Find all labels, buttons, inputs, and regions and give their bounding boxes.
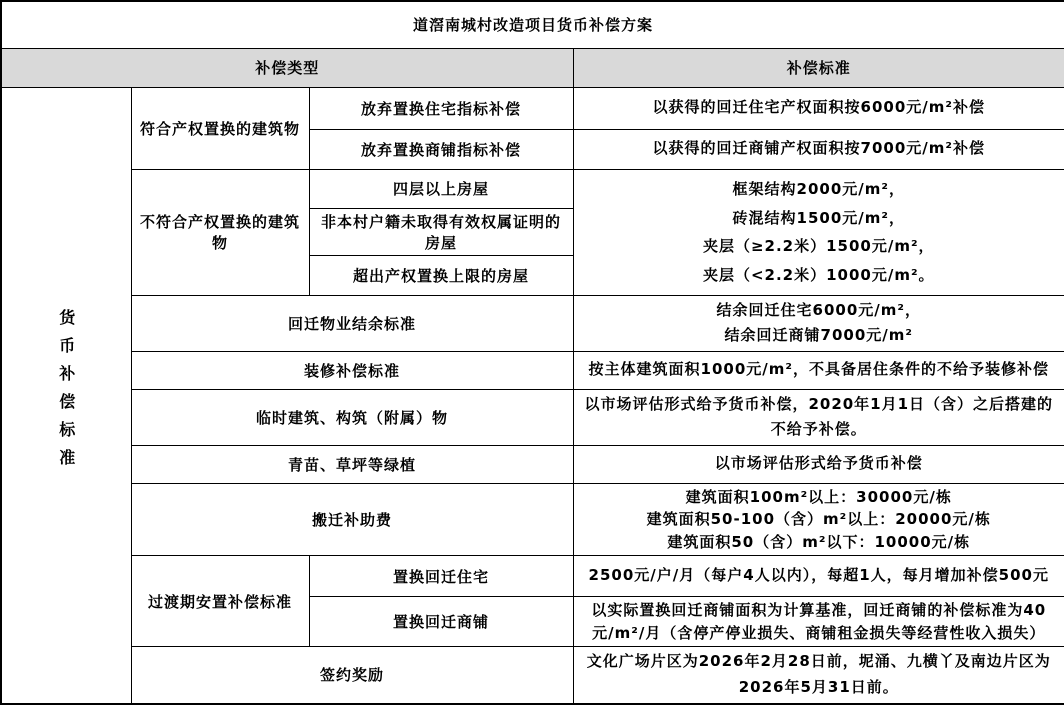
type-cell-plants: 青苗、草坪等绿植 (131, 445, 573, 483)
category-vertical-label: 货币补偿标准 (55, 309, 78, 477)
column-header-type: 补偿类型 (1, 48, 573, 87)
type-cell-above-four-floors: 四层以上房屋 (309, 169, 573, 208)
standard-cell-ineligible: 框架结构2000元/m²， 砖混结构1500元/m²， 夹层（≥2.2米）150… (573, 169, 1064, 295)
type-cell-non-village-household: 非本村户籍未取得有效权属证明的房屋 (309, 208, 573, 255)
type-cell-temporary-structures: 临时建筑、构筑（附属）物 (131, 389, 573, 445)
standard-cell-signing-reward: 文化广场片区为2026年2月28日前，坭涌、九横丫及南边片区为2026年5月31… (573, 647, 1064, 704)
standard-cell-swap-shop: 以实际置换回迁商铺面积为计算基准，回迁商铺的补偿标准为40元/m²/月（含停产停… (573, 597, 1064, 647)
standard-cell-moving-subsidy: 建筑面积100m²以上：30000元/栋 建筑面积50-100（含）m²以上：2… (573, 483, 1064, 556)
category-cell: 货币补偿标准 (1, 87, 131, 704)
group-label-ineligible: 不符合产权置换的建筑物 (131, 169, 309, 295)
type-cell-swap-residential: 置换回迁住宅 (309, 556, 573, 597)
standard-cell-plants: 以市场评估形式给予货币补偿 (573, 445, 1064, 483)
group-label-eligible: 符合产权置换的建筑物 (131, 87, 309, 169)
standard-cell-swap-residential: 2500元/户/月（每户4人以内），每超1人，每月增加补偿500元 (573, 556, 1064, 597)
column-header-standard: 补偿标准 (573, 48, 1064, 87)
standard-cell-temporary-structures: 以市场评估形式给予货币补偿，2020年1月1日（含）之后搭建的不给予补偿。 (573, 389, 1064, 445)
standard-cell-property-balance: 结余回迁住宅6000元/m²， 结余回迁商铺7000元/m² (573, 295, 1064, 351)
group-label-transition: 过渡期安置补偿标准 (131, 556, 309, 647)
standard-cell-abandon-shop: 以获得的回迁商铺产权面积按7000元/m²补偿 (573, 129, 1064, 169)
type-cell-property-balance: 回迁物业结余标准 (131, 295, 573, 351)
type-cell-abandon-residential: 放弃置换住宅指标补偿 (309, 87, 573, 129)
standard-cell-decoration: 按主体建筑面积1000元/m²，不具备居住条件的不给予装修补偿 (573, 351, 1064, 389)
table-title: 道滘南城村改造项目货币补偿方案 (1, 1, 1064, 48)
type-cell-swap-shop: 置换回迁商铺 (309, 597, 573, 647)
type-cell-abandon-shop: 放弃置换商铺指标补偿 (309, 129, 573, 169)
compensation-table: 道滘南城村改造项目货币补偿方案 补偿类型 补偿标准 货币补偿标准 符合产权置换的… (0, 0, 1064, 705)
type-cell-exceed-limit: 超出产权置换上限的房屋 (309, 255, 573, 295)
type-cell-decoration: 装修补偿标准 (131, 351, 573, 389)
type-cell-signing-reward: 签约奖励 (131, 647, 573, 704)
standard-cell-abandon-residential: 以获得的回迁住宅产权面积按6000元/m²补偿 (573, 87, 1064, 129)
type-cell-moving-subsidy: 搬迁补助费 (131, 483, 573, 556)
document-page: 道滘南城村改造项目货币补偿方案 补偿类型 补偿标准 货币补偿标准 符合产权置换的… (0, 0, 1064, 682)
